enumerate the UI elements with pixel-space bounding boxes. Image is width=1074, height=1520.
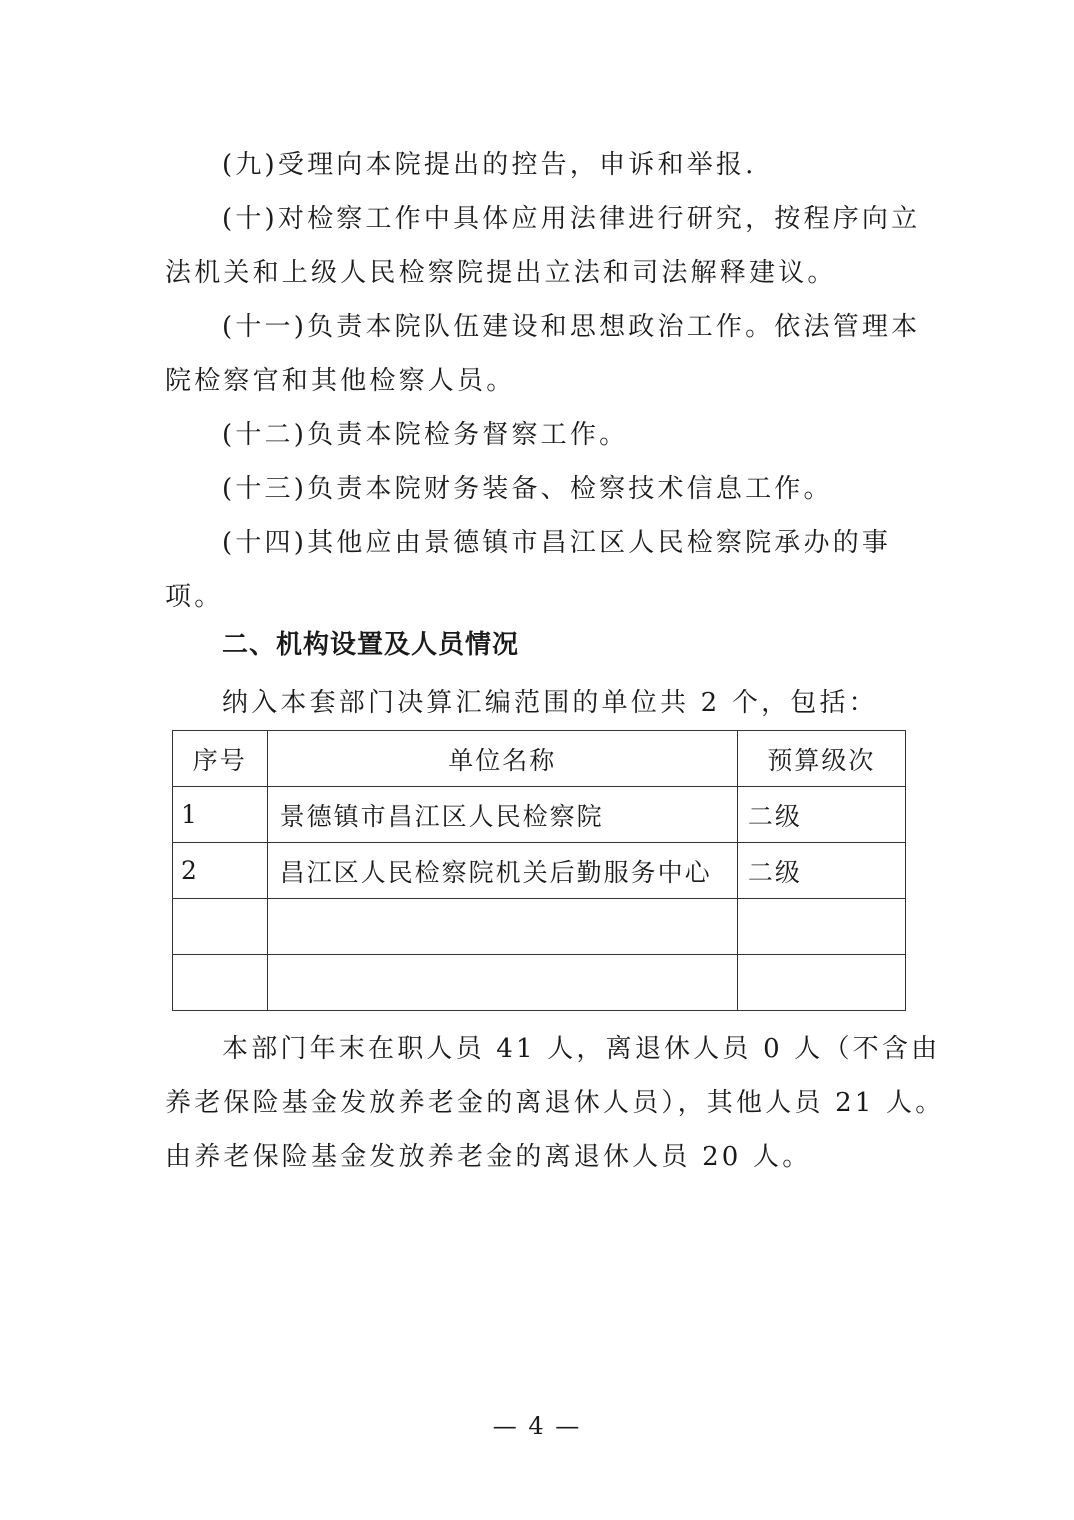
cell-serial: 2 [173,843,268,899]
cell-serial [173,955,268,1011]
paragraph-item-12: (十二)负责本院检务督察工作。 [222,420,915,450]
staff-paragraph-line-3: 由养老保险基金发放养老金的离退休人员 20 人。 [165,1142,915,1172]
cell-budget-level [737,955,905,1011]
header-serial: 序号 [173,731,268,787]
cell-unit-name: 昌江区人民检察院机关后勤服务中心 [267,843,737,899]
paragraph-item-13: (十三)负责本院财务装备、检察技术信息工作。 [222,474,915,504]
section-heading: 二、机构设置及人员情况 [222,630,915,660]
table-row: 2 昌江区人民检察院机关后勤服务中心 二级 [173,843,906,899]
cell-budget-level: 二级 [737,787,905,843]
cell-serial: 1 [173,787,268,843]
cell-budget-level: 二级 [737,843,905,899]
paragraph-item-14-line-1: (十四)其他应由景德镇市昌江区人民检察院承办的事 [222,528,915,558]
header-unit-name: 单位名称 [267,731,737,787]
cell-serial [173,899,268,955]
paragraph-item-10-line-2: 法机关和上级人民检察院提出立法和司法解释建议。 [165,258,915,288]
cell-unit-name [267,899,737,955]
staff-paragraph-line-2: 养老保险基金发放养老金的离退休人员），其他人员 21 人。 [165,1088,915,1118]
header-budget-level: 预算级次 [737,731,905,787]
paragraph-item-11-line-1: (十一)负责本院队伍建设和思想政治工作。依法管理本 [222,312,915,342]
intro-paragraph: 纳入本套部门决算汇编范围的单位共 2 个，包括： [222,688,915,718]
paragraph-item-14-line-2: 项。 [165,582,915,612]
staff-paragraph-line-1: 本部门年末在职人员 41 人，离退休人员 0 人（不含由 [222,1034,915,1064]
table-row [173,899,906,955]
cell-unit-name: 景德镇市昌江区人民检察院 [267,787,737,843]
page-number: — 4 — [0,1412,1074,1440]
table-row [173,955,906,1011]
table-row: 1 景德镇市昌江区人民检察院 二级 [173,787,906,843]
paragraph-item-11-line-2: 院检察官和其他检察人员。 [165,366,915,396]
table-header-row: 序号 单位名称 预算级次 [173,731,906,787]
paragraph-item-10-line-1: (十)对检察工作中具体应用法律进行研究，按程序向立 [222,204,915,234]
units-table: 序号 单位名称 预算级次 1 景德镇市昌江区人民检察院 二级 2 昌江区人民检察… [172,730,906,1011]
paragraph-item-9: (九)受理向本院提出的控告，申诉和举报. [222,150,915,180]
cell-unit-name [267,955,737,1011]
cell-budget-level [737,899,905,955]
